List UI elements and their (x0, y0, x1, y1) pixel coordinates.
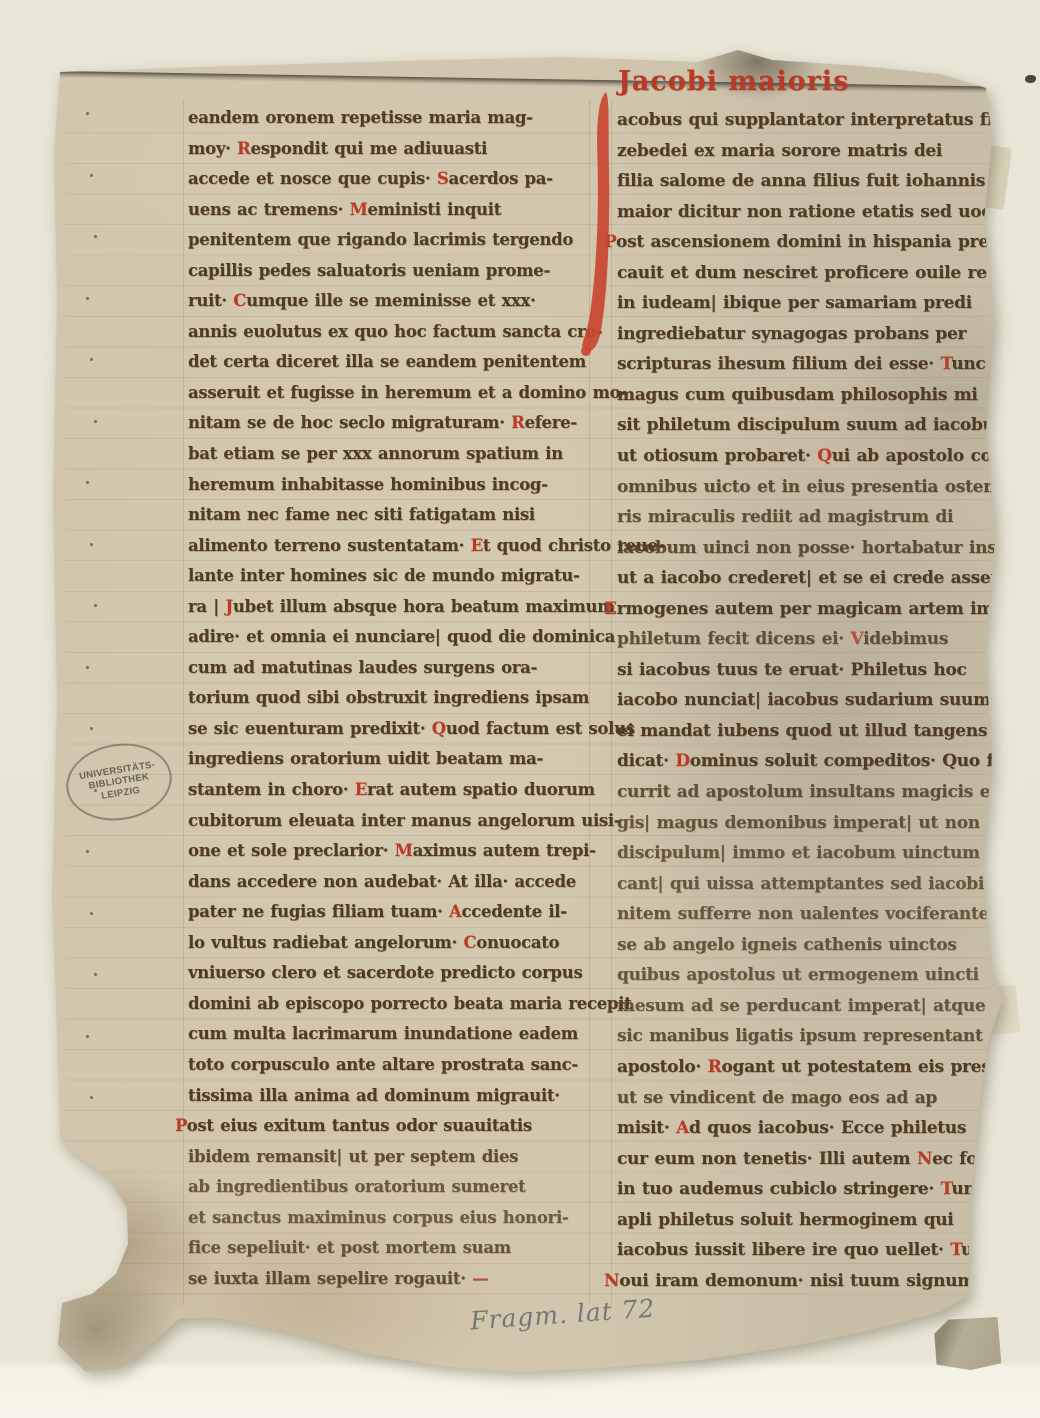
prick-hole (86, 850, 89, 853)
manuscript-line: Ermogenes autem per magicam artem immob (604, 594, 1017, 625)
manuscript-line: ab ingredientibus oratorium sumeret (188, 1172, 592, 1203)
manuscript-line: bat etiam se per xxx annorum spatium in (188, 439, 592, 470)
manuscript-line: fice sepeliuit· et post mortem suam (188, 1233, 592, 1264)
manuscript-line: acobus qui supplantator interpretatus fi… (617, 105, 1017, 136)
manuscript-line: toto corpusculo ante altare prostrata sa… (188, 1050, 592, 1081)
manuscript-line: nitem sufferre non ualentes vociferantes (617, 899, 1017, 930)
manuscript-line: ut a iacobo crederet| et se ei crede ass… (617, 563, 1017, 594)
manuscript-line: ingrediebatur synagogas probans per (617, 319, 1017, 350)
manuscript-line: cur eum non tenetis· Illi autem Nec form… (617, 1144, 1017, 1175)
manuscript-line: lante inter homines sic de mundo migratu… (188, 561, 592, 592)
manuscript-line: zebedei ex maria sorore matris dei (617, 136, 1017, 167)
manuscript-line: stantem in choro· Erat autem spatio duor… (188, 775, 592, 806)
manuscript-line: apli philetus soluit hermoginem qui (617, 1205, 1017, 1236)
manuscript-line: dans accedere non audebat· At illa· acce… (188, 867, 592, 898)
manuscript-line: Post eius exitum tantus odor suauitatis (175, 1111, 592, 1142)
left-text-column: eandem oronem repetisse maria mag-moy· R… (188, 103, 592, 1294)
manuscript-line: nitam nec fame nec siti fatigatam nisi (188, 500, 592, 531)
prick-hole (94, 973, 97, 976)
manuscript-line: se ab angelo igneis cathenis uinctos (617, 930, 1017, 961)
manuscript-line: ra | Jubet illum absque hora beatum maxi… (188, 592, 592, 623)
manuscript-line: det certa diceret illa se eandem peniten… (188, 347, 592, 378)
prick-hole (90, 912, 93, 915)
prick-hole (90, 543, 93, 546)
prick-hole (86, 666, 89, 669)
manuscript-line: sit philetum discipulum suum ad iacobum (617, 410, 1017, 441)
manuscript-line: quibus apostolus ut ermogenem uincti (617, 960, 1017, 991)
manuscript-line: iacobo nunciat| iacobus sudarium suum (617, 685, 1017, 716)
manuscript-line: tissima illa anima ad dominum migrauit· (188, 1081, 592, 1112)
rubric-header: Jacobi maioris (618, 66, 849, 97)
manuscript-line: moy· Respondit qui me adiuuasti (188, 134, 592, 165)
manuscript-line: annis euolutus ex quo hoc factum sancta … (188, 317, 592, 348)
manuscript-line: magus cum quibusdam philosophis mi (617, 380, 1017, 411)
manuscript-line: ei mandat iubens quod ut illud tangens (617, 716, 1017, 747)
right-text-column: acobus qui supplantator interpretatus fi… (617, 105, 1017, 1296)
top-edge-shading (55, 71, 990, 94)
prick-hole (86, 1035, 89, 1038)
manuscript-line: se iuxta illam sepelire rogauit· — (188, 1264, 592, 1295)
manuscript-line: uens ac tremens· Meministi inquit (188, 195, 592, 226)
manuscript-line: filia salome de anna filius fuit iohanni… (617, 166, 1017, 197)
prick-hole (94, 420, 97, 423)
manuscript-line: misit· Ad quos iacobus· Ecce philetus (617, 1113, 1017, 1144)
manuscript-line: et sanctus maximinus corpus eius honori- (188, 1203, 592, 1234)
manuscript-line: cum multa lacrimarum inundatione eadem (188, 1019, 592, 1050)
manuscript-line: cant| qui uissa attemptantes sed iacobi (617, 869, 1017, 900)
manuscript-line: cauit et dum nesciret proficere ouile re (617, 258, 1017, 289)
manuscript-line: cubitorum eleuata inter manus angelorum … (188, 806, 592, 837)
manuscript-line: heremum inhabitasse hominibus incog- (188, 470, 592, 501)
prick-hole (90, 174, 93, 177)
manuscript-fragment-wrapper: Jacobi maioris eandem oronem repetisse m… (0, 0, 1040, 1418)
manuscript-line: in tuo audemus cubiclo stringere· Tunc i… (617, 1174, 1017, 1205)
manuscript-line: nitam se de hoc seclo migraturam· Refere… (188, 408, 592, 439)
manuscript-line: ruit· Cumque ille se meminisse et xxx· (188, 286, 592, 317)
manuscript-line: discipulum| immo et iacobum uinctum sibi… (617, 838, 1017, 869)
manuscript-line: omnibus uicto et in eius presentia osten… (617, 472, 1017, 503)
manuscript-line: currit ad apostolum insultans magicis er… (617, 777, 1017, 808)
manuscript-line: mesum ad se perducant imperat| atque (617, 991, 1017, 1022)
manuscript-line: penitentem que rigando lacrimis tergendo (188, 225, 592, 256)
manuscript-line: asseruit et fugisse in heremum et a domi… (188, 378, 592, 409)
manuscript-line: Noui iram demonum· nisi tuum signum (604, 1266, 1017, 1297)
manuscript-line: torium quod sibi obstruxit ingrediens ip… (188, 683, 592, 714)
prick-hole (90, 358, 93, 361)
prick-hole (90, 727, 93, 730)
manuscript-line: adire· et omnia ei nunciare| quod die do… (188, 622, 592, 653)
manuscript-line: ris miraculis rediit ad magistrum di (617, 502, 1017, 533)
manuscript-line: ut se vindicent de mago eos ad ap (617, 1083, 1017, 1114)
manuscript-line: maior dicitur non ratione etatis sed uoc… (617, 197, 1017, 228)
manuscript-line: scripturas ihesum filium dei esse· Tunc … (617, 349, 1017, 380)
manuscript-line: capillis pedes saluatoris ueniam prome- (188, 256, 592, 287)
manuscript-line: Post ascensionem domini in hispania pred… (604, 227, 1017, 258)
prick-hole (86, 481, 89, 484)
manuscript-line: apostolo· Rogant ut potestatem eis prest… (617, 1052, 1017, 1083)
manuscript-line: pater ne fugias filiam tuam· Accedente i… (188, 897, 592, 928)
prick-hole (86, 112, 89, 115)
prick-hole (90, 1096, 93, 1099)
manuscript-line: iacobum uinci non posse· hortabatur insu (617, 533, 1017, 564)
manuscript-line: ibidem remansit| ut per septem dies (188, 1142, 592, 1173)
manuscript-line: eandem oronem repetisse maria mag- (188, 103, 592, 134)
manuscript-line: alimento terreno sustentatam· Et quod ch… (188, 531, 592, 562)
manuscript-fragment: Jacobi maioris eandem oronem repetisse m… (0, 0, 1040, 1418)
prick-hole (94, 604, 97, 607)
initial-j-icon (580, 88, 616, 364)
manuscript-line: one et sole preclarior· Maximus autem tr… (188, 836, 592, 867)
manuscript-line: cum ad matutinas laudes surgens ora- (188, 653, 592, 684)
manuscript-line: philetum fecit dicens ei· Videbimus (617, 624, 1017, 655)
manuscript-line: sic manibus ligatis ipsum representant (617, 1021, 1017, 1052)
manuscript-line: iacobus iussit libere ire quo uellet· Tu… (617, 1235, 1017, 1266)
manuscript-line: accede et nosce que cupis· Sacerdos pa- (188, 164, 592, 195)
manuscript-line: ut otiosum probaret· Qui ab apostolo cor… (617, 441, 1017, 472)
manuscript-line: in iudeam| ibique per samariam predi (617, 288, 1017, 319)
manuscript-line: lo vultus radiebat angelorum· Conuocato (188, 928, 592, 959)
manuscript-line: gis| magus demonibus imperat| ut non sol… (617, 808, 1017, 839)
manuscript-line: dicat· Dominus soluit compeditos· Quo fa… (617, 746, 1017, 777)
manuscript-line: se sic euenturam predixit· Quod factum e… (188, 714, 592, 745)
manuscript-line: ingrediens oratorium uidit beatam ma- (188, 744, 592, 775)
manuscript-line: domini ab episcopo porrecto beata maria … (188, 989, 592, 1020)
scan-background: { "rubric": { "text": "Jacobi maioris", … (0, 0, 1040, 1418)
manuscript-line: si iacobus tuus te eruat· Philetus hoc (617, 655, 1017, 686)
prick-hole (94, 235, 97, 238)
prick-hole (86, 297, 89, 300)
manuscript-line: vniuerso clero et sacerdote predicto cor… (188, 958, 592, 989)
